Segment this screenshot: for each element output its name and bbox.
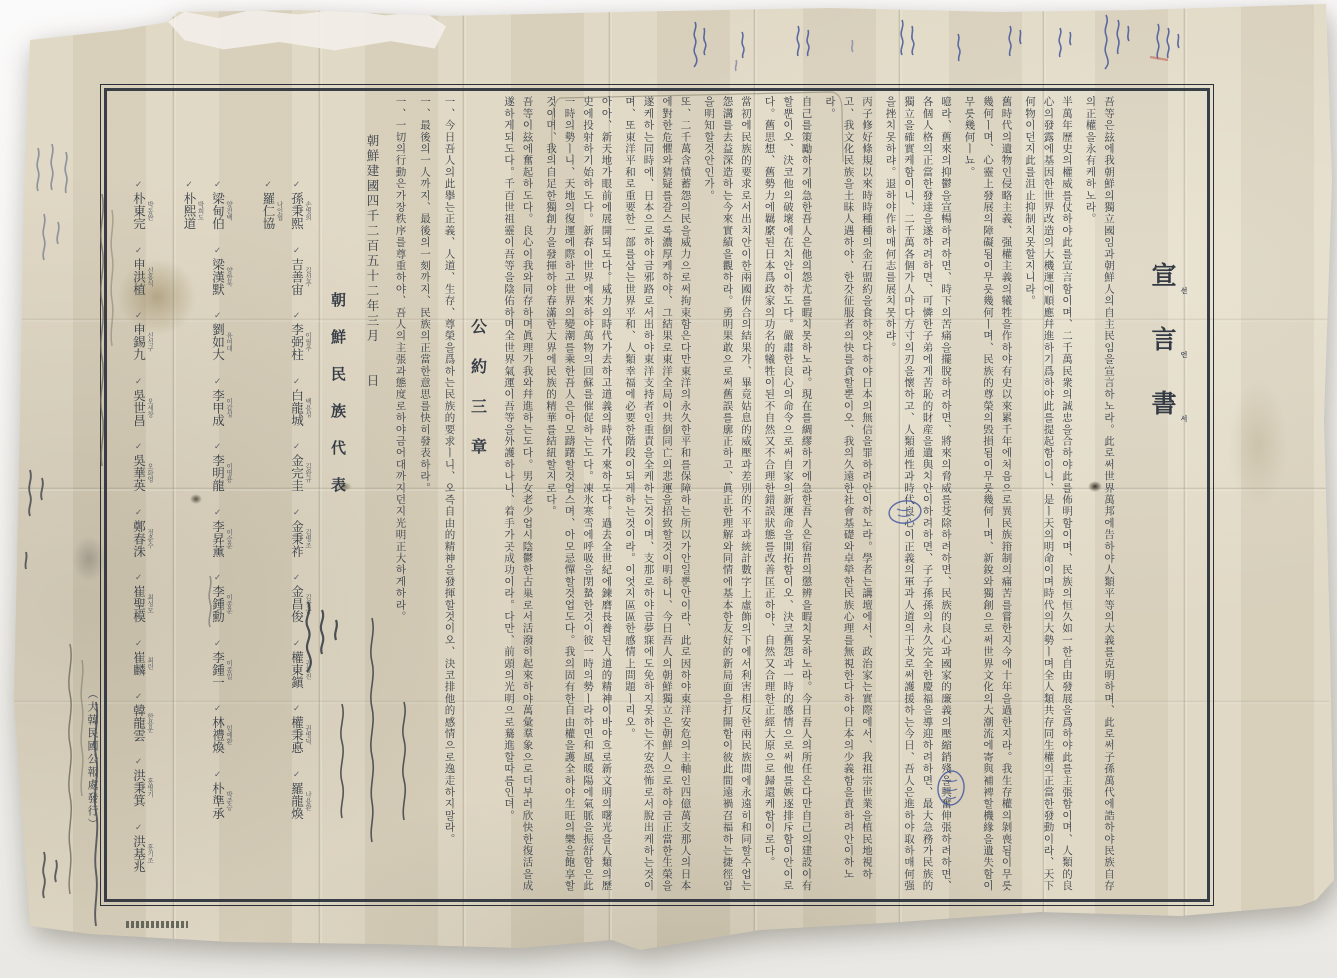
signatory-name: 金完圭	[290, 454, 305, 492]
signatory: ✓崔聖模최성모	[126, 573, 155, 623]
signatories-block: ✓孫秉熙손병희✓吉善宙길선주✓李弼柱이필주✓白龍城백용성✓金完圭김완규✓金秉祚김…	[112, 96, 318, 894]
signatory-name: 鄭春洙	[132, 520, 147, 558]
signatory-name: 洪秉箕	[132, 769, 147, 807]
check-mark: ✓	[255, 180, 281, 190]
signatory: ✓朴熙道박희도	[176, 180, 205, 230]
signatory-gloss: 이갑성	[225, 389, 233, 427]
paragraph: 아아、新天地가眼前에展開되도다。威力의時代가去하고道義의時代가來하도다。過去全世…	[542, 96, 616, 894]
signatory: ✓孫秉熙손병희	[284, 180, 313, 230]
paragraph: 舊時代의遺物인侵略主義、强權主義의犧牲을作하야有史以來累千年에처음으로異民族箝制…	[960, 96, 1016, 894]
signatory-gloss: 나인협	[276, 192, 284, 230]
title-char: 言언	[1144, 326, 1188, 358]
pledge-items: 一、今日吾人의此擧는正義、人道、生存、尊榮을爲하는民族的要求ㅣ니、오즉自由的精神…	[391, 96, 459, 894]
signatory: ✓梁甸伯양전백	[205, 180, 234, 230]
title-char-gloss: 언	[1180, 351, 1188, 358]
signatory: ✓李昇薰이승훈	[205, 508, 234, 558]
title-char-gloss: 서	[1180, 415, 1188, 422]
signatory: ✓李鍾勳이종훈	[205, 573, 234, 623]
check-mark: ✓	[284, 508, 310, 518]
signatory-name: 朴準承	[211, 782, 226, 820]
check-mark: ✓	[205, 770, 231, 780]
check-mark: ✓	[284, 442, 310, 452]
signatory-name: 林禮煥	[211, 716, 226, 754]
signatory-gloss: 최성모	[146, 585, 154, 623]
signatory-name: 權秉悳	[290, 716, 305, 754]
signatory-name: 劉如大	[211, 323, 226, 361]
paragraph: 丙子修好條規以來時時種種의金石盟約을食하얏다하야日本의無信을罪하려안이하노라。學…	[821, 96, 877, 894]
signatory-name: 崔麟	[132, 651, 147, 676]
signatory-gloss: 손병희	[304, 192, 312, 230]
pledge-item: 一、今日吾人의此擧는正義、人道、生存、尊榮을爲하는民族的要求ㅣ니、오즉自由的精神…	[440, 96, 459, 894]
signatory-gloss: 백용성	[304, 389, 312, 427]
stain	[0, 484, 18, 510]
paragraph: 半萬年歷史의權威를仗하야此를宣言함이며、二千萬民衆의誠忠을合하야此를佈明함이며、…	[1021, 96, 1077, 894]
signatory: ✓權東鎭권동진	[284, 639, 313, 689]
signatory-gloss: 박동완	[146, 192, 154, 230]
signatory-name: 羅仁協	[261, 192, 276, 230]
torn-edge-patch	[168, 8, 446, 54]
signatory-name: 韓龍雲	[132, 704, 147, 742]
signatory-gloss: 임예환	[225, 716, 233, 754]
title-char-hanja: 言	[1148, 326, 1177, 351]
check-mark: ✓	[126, 573, 152, 583]
signatories-column-3: ✓朴東完박동완✓申洪植신홍식✓申錫九신석구✓吳世昌오세창✓吳華英오화영✓鄭春洙정…	[126, 180, 155, 894]
signatory-name: 李鍾勳	[211, 585, 226, 623]
check-mark: ✓	[284, 770, 310, 780]
signatory-name: 梁甸伯	[211, 192, 226, 230]
signatory-name: 金秉祚	[290, 520, 305, 558]
signatory: ✓白龍城백용성	[284, 377, 313, 427]
signatory-gloss: 정춘수	[146, 520, 154, 558]
check-mark: ✓	[284, 246, 310, 256]
check-mark: ✓	[126, 508, 152, 518]
check-mark: ✓	[205, 377, 231, 387]
signatory-gloss: 이종훈	[225, 585, 233, 623]
title-block: 宣선言언書서	[1118, 96, 1202, 894]
signatory-name: 吳華英	[132, 454, 147, 492]
signatory: ✓崔麟최린	[126, 639, 155, 676]
check-mark: ✓	[284, 311, 310, 321]
check-mark: ✓	[176, 180, 202, 190]
signatory: ✓朴準承박준승	[205, 770, 234, 820]
signatory-name: 申錫九	[132, 323, 147, 361]
signatory: ✓羅仁協나인협	[255, 180, 284, 230]
signatory-name: 李明龍	[211, 454, 226, 492]
declaration-paper: 宣선言언書서 吾等은玆에我朝鮮의獨立國임과朝鮮人의自主民임을宣言하노라。此로써世…	[0, 0, 1337, 978]
signatory: ✓吳華英오화영	[126, 442, 155, 492]
signatory-name: 洪基兆	[132, 835, 147, 873]
signatory: ✓申錫九신석구	[126, 311, 155, 361]
signatory: ✓李甲成이갑성	[205, 377, 234, 427]
signatory: ✓羅龍煥나용환	[284, 770, 313, 820]
signatory-name: 金昌俊	[290, 585, 305, 623]
signatory-name: 梁漢默	[211, 258, 226, 296]
check-mark: ✓	[205, 508, 231, 518]
handwritten-annotation	[37, 144, 67, 260]
signatory-gloss: 홍병기	[146, 769, 154, 807]
check-mark: ✓	[205, 246, 231, 256]
check-mark: ✓	[205, 311, 231, 321]
signatory: ✓金昌俊김창준	[284, 573, 313, 623]
signatory-gloss: 유여대	[225, 323, 233, 361]
paragraph: 또、二千萬含憤蓄怨의民을威力으로써拘束함은다만東洋의永久한平和를保障하는所以가안…	[621, 96, 695, 894]
signatory-name: 權東鎭	[290, 651, 305, 689]
signatory-gloss: 박희도	[197, 192, 205, 230]
signatory-gloss: 신석구	[146, 323, 154, 361]
check-mark: ✓	[126, 180, 152, 190]
signatory: ✓洪秉箕홍병기	[126, 757, 155, 807]
signatory-gloss: 김병조	[304, 520, 312, 558]
paragraph: 自己를策勵하기에急한吾人은他의怨尤를暇치못하노라。現在를綢繆하기에急한吾人은宿昔…	[760, 96, 816, 894]
signatory-gloss: 나용환	[304, 782, 312, 820]
signatory-gloss: 이필주	[304, 323, 312, 361]
signatory-gloss: 이종일	[225, 651, 233, 689]
signatory-name: 吉善宙	[290, 258, 305, 296]
signatory-name: 李甲成	[211, 389, 226, 427]
signatory: ✓韓龍雲한용운	[126, 692, 155, 742]
representatives-heading: 朝鮮民族代表	[328, 96, 349, 894]
check-mark: ✓	[284, 377, 310, 387]
signatory-gloss: 이명룡	[225, 454, 233, 492]
signatory: ✓吉善宙길선주	[284, 246, 313, 296]
signatory: ✓申洪植신홍식	[126, 246, 155, 296]
check-mark: ✓	[284, 639, 310, 649]
signatory: ✓朴東完박동완	[126, 180, 155, 230]
signatory-name: 朴熙道	[182, 192, 197, 230]
check-mark: ✓	[126, 442, 152, 452]
check-mark: ✓	[205, 573, 231, 583]
title-char-hanja: 書	[1148, 390, 1177, 415]
check-mark: ✓	[284, 180, 310, 190]
signatory: ✓李鍾一이종일	[205, 639, 234, 689]
check-mark: ✓	[205, 180, 231, 190]
signatory: ✓洪基兆홍기조	[126, 823, 155, 873]
signatory-gloss: 한용운	[146, 704, 154, 742]
check-mark: ✓	[126, 377, 152, 387]
paper-shadow-wrap: 宣선言언書서 吾等은玆에我朝鮮의獨立國임과朝鮮人의自主民임을宣言하노라。此로써世…	[0, 0, 1337, 978]
signatory-gloss: 양전백	[225, 192, 233, 230]
red-mark-annotation	[1150, 57, 1168, 60]
signatory-name: 羅龍煥	[290, 782, 305, 820]
signatory-gloss: 권동진	[304, 651, 312, 689]
signatory: ✓梁漢默양한묵	[205, 246, 234, 296]
signatory-name: 李弼柱	[290, 323, 305, 361]
check-mark: ✓	[205, 442, 231, 452]
signatory: ✓權秉悳권병덕	[284, 704, 313, 754]
signatory-gloss: 양한묵	[225, 258, 233, 296]
check-mark: ✓	[284, 704, 310, 714]
title-char-gloss: 선	[1180, 287, 1188, 294]
signatory: ✓林禮煥임예환	[205, 704, 234, 754]
signatory-name: 崔聖模	[132, 585, 147, 623]
signatories-column-2: ✓梁甸伯양전백✓梁漢默양한묵✓劉如大유여대✓李甲成이갑성✓李明龍이명룡✓李昇薰이…	[176, 180, 233, 894]
pledge-item: 一、最後의一人까지、最後의一刻까지、民族의正當한意思를快히發表하라。	[416, 96, 435, 894]
check-mark: ✓	[284, 573, 310, 583]
signatory-name: 朴東完	[132, 192, 147, 230]
declaration-content: 宣선言언書서 吾等은玆에我朝鮮의獨立國임과朝鮮人의自主民임을宣言하노라。此로써世…	[112, 96, 1202, 894]
paragraph: 吾等이玆에奮起하도다。良心이我와同存하며眞理가我와幷進하는도다。男女老少업시陰鬱…	[500, 96, 537, 894]
signatory-name: 白龍城	[290, 389, 305, 427]
paragraph: 當初에民族的要求로서出치안이한兩國倂合의結果가、畢竟姑息的威壓과差別的不平과統計…	[700, 96, 756, 894]
check-mark: ✓	[126, 823, 152, 833]
title-char: 書서	[1144, 390, 1188, 422]
check-mark: ✓	[126, 639, 152, 649]
check-mark: ✓	[126, 757, 152, 767]
signatory-gloss: 신홍식	[146, 258, 154, 296]
signatory-gloss: 홍기조	[146, 835, 154, 873]
stain	[1228, 380, 1288, 510]
signatory: ✓金秉祚김병조	[284, 508, 313, 558]
signatory: ✓李明龍이명룡	[205, 442, 234, 492]
signatory-gloss: 김완규	[304, 454, 312, 492]
handwritten-annotation	[694, 15, 1179, 71]
printer-colophon	[126, 921, 188, 928]
signatory-name: 李鍾一	[211, 651, 226, 689]
title-char-hanja: 宣	[1148, 262, 1177, 287]
check-mark: ✓	[126, 311, 152, 321]
declaration-body: 吾等은玆에我朝鮮의獨立國임과朝鮮人의自主民임을宣言하노라。此로써世界萬邦에告하야…	[500, 96, 1119, 894]
signatory-gloss: 권병덕	[304, 716, 312, 754]
signatory: ✓金完圭김완규	[284, 442, 313, 492]
signatory-gloss: 오세창	[146, 389, 154, 427]
signatory-gloss: 최린	[146, 651, 154, 676]
publisher-imprint: （大韓民國公報處發行）	[84, 688, 100, 831]
signatory-gloss: 이승훈	[225, 520, 233, 558]
signatory: ✓鄭春洙정춘수	[126, 508, 155, 558]
signatory: ✓吳世昌오세창	[126, 377, 155, 427]
paragraph: 吾等은玆에我朝鮮의獨立國임과朝鮮人의自主民임을宣言하노라。此로써世界萬邦에告하야…	[1081, 96, 1118, 894]
signatory-name: 申洪植	[132, 258, 147, 296]
signatories-column-1: ✓孫秉熙손병희✓吉善宙길선주✓李弼柱이필주✓白龍城백용성✓金完圭김완규✓金秉祚김…	[255, 180, 312, 894]
signatory-name: 孫秉熙	[290, 192, 305, 230]
signatory-name: 李昇薰	[211, 520, 226, 558]
photo-backdrop: 宣선言언書서 吾等은玆에我朝鮮의獨立國임과朝鮮人의自主民임을宣言하노라。此로써世…	[0, 0, 1337, 978]
signatory-gloss: 박준승	[225, 782, 233, 820]
signatory-gloss: 김창준	[304, 585, 312, 623]
check-mark: ✓	[126, 246, 152, 256]
date-line: 朝鮮建國四千二百五十二年三月 日	[363, 96, 381, 894]
pledge-item: 一、一切의行動은가장秩序를尊重하야、吾人의主張과態度로하야금어대까지던지光明正大…	[391, 96, 410, 894]
signatory-gloss: 오화영	[146, 454, 154, 492]
title-char: 宣선	[1144, 262, 1188, 294]
check-mark: ✓	[205, 639, 231, 649]
check-mark: ✓	[205, 704, 231, 714]
signatory: ✓李弼柱이필주	[284, 311, 313, 361]
pledge-heading: 公約三章	[467, 96, 490, 894]
paragraph: 噫라、舊來의抑鬱을宣暢하려하면、時下의苦痛을擺脫하려하면、將來의脅威를芟除하려하…	[881, 96, 955, 894]
signatory: ✓劉如大유여대	[205, 311, 234, 361]
signatory-name: 吳世昌	[132, 389, 147, 427]
signatory-gloss: 길선주	[304, 258, 312, 296]
check-mark: ✓	[126, 692, 152, 702]
